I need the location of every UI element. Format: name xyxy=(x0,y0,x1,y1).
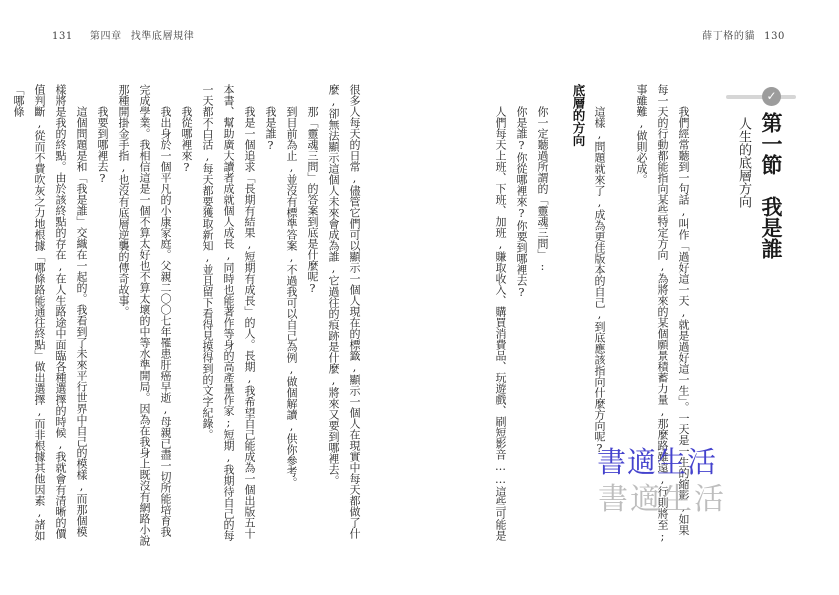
folio-right: 130 xyxy=(764,31,785,42)
paragraph: 我是誰? xyxy=(260,84,281,546)
paragraph: 我出身於一個平凡的小康家庭。父親二〇〇七年罹患肝癌早逝,母親已盡一切所能培育我完… xyxy=(113,84,176,546)
paragraph: 我從哪裡來? xyxy=(176,84,197,546)
paragraph: 我是一個追求「長期有結果,短期有成長」的人。長期,我希望自己能成為一個出版五十本… xyxy=(197,84,260,546)
section-subtitle: 人生的底層方向 xyxy=(736,117,751,208)
chapter-label: 第四章 xyxy=(90,31,122,42)
section-title: 第一節 我是誰 xyxy=(757,112,785,259)
book-title: 薛丁格的貓 xyxy=(702,31,755,42)
chapter-title: 找準底層規律 xyxy=(131,31,195,42)
paragraph: 你是誰?你從哪裡來?你要到哪裡去? xyxy=(511,84,532,546)
paragraph: 這個問題是和「我是誰」交織在一起的。我看到了未來平行世界中自己的模樣,而那個模樣… xyxy=(8,84,92,546)
subsection-heading: 底層的方向 xyxy=(568,84,589,546)
check-icon: ✓ xyxy=(762,87,781,106)
folio-left: 131 xyxy=(52,31,73,42)
section-divider-line xyxy=(726,95,796,99)
paragraph: 我要到哪裡去? xyxy=(92,84,113,546)
page-left-text: 很多人每天的日常,儘管它們可以顯示一個人現在的標籤,顯示一個人在現實中每天都做了… xyxy=(19,84,365,546)
paragraph: 你一定聽過所謂的「靈魂三問」: xyxy=(532,84,553,546)
book-spread: 131第四章找準底層規律 薛丁格的貓130 ✓ 第一節 我是誰 人生的底層方向 … xyxy=(0,0,839,595)
paragraph: 那「靈魂三問」的答案到底是什麼呢? xyxy=(302,84,323,546)
watermark-gray: 書適生活 xyxy=(598,474,726,518)
paragraph: 到目前為止,並沒有標準答案,不過我可以自己為例,做個解讀,供你參考。 xyxy=(281,84,302,546)
paragraph: 人們每天上班、下班、加班,賺取收入、購買消費品、玩遊戲、刷短影音……這些可能是 xyxy=(490,84,511,546)
running-head-left: 131第四章找準底層規律 xyxy=(52,27,194,42)
running-head-right: 薛丁格的貓130 xyxy=(702,27,785,42)
paragraph: 很多人每天的日常,儘管它們可以顯示一個人現在的標籤,顯示一個人在現實中每天都做了… xyxy=(323,84,365,546)
